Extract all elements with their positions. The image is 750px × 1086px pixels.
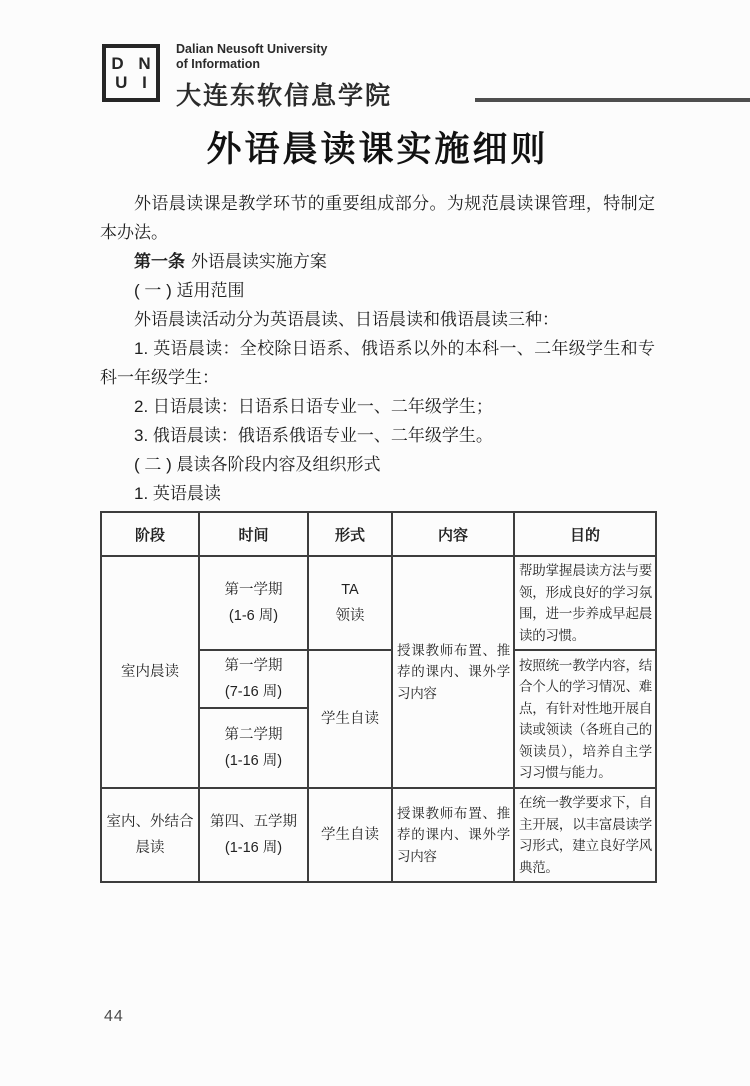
table-row: 室内晨读 第一学期 (1-6 周) TA 领读 授课教师布置、推荐的课内、课外学… <box>101 556 656 650</box>
cell-time-sem45: 第四、五学期 (1-16 周) <box>199 788 308 882</box>
form-line2: 领读 <box>311 603 389 629</box>
article1-heading: 第一条外语晨读实施方案 <box>100 247 655 276</box>
subsection1-heading: 1. 英语晨读 <box>100 479 655 508</box>
page-header: D N U I Dalian Neusoft University of Inf… <box>100 42 750 112</box>
list-item-english: 1. 英语晨读：全校除日语系、俄语系以外的本科一、二年级学生和专科一年级学生： <box>100 334 655 392</box>
cell-stage-combined: 室内、外结合晨读 <box>101 788 199 882</box>
cell-purpose-stage2: 按照统一教学内容，结合个人的学习情况、难点，有针对性地开展自读或领读（各班自己的… <box>514 650 656 788</box>
column-header-content: 内容 <box>392 512 514 556</box>
cell-time-sem1-early: 第一学期 (1-6 周) <box>199 556 308 650</box>
cell-purpose-combined: 在统一教学要求下，自主开展，以丰富晨读学习形式，建立良好学风典范。 <box>514 788 656 882</box>
cell-form-self-reading-combined: 学生自读 <box>308 788 392 882</box>
section1-heading: ( 一 ) 适用范围 <box>100 276 655 305</box>
cell-time-sem1-late: 第一学期 (7-16 周) <box>199 650 308 708</box>
university-name-block: Dalian Neusoft University of Information… <box>176 42 392 112</box>
form-line1: TA <box>311 577 389 603</box>
cell-form-self-reading-indoor: 学生自读 <box>308 650 392 788</box>
morning-reading-schedule-table: 阶段 时间 形式 内容 目的 室内晨读 第一学期 (1-6 周) TA 领读 授… <box>100 511 657 883</box>
cell-purpose-stage1: 帮助掌握晨读方法与要领，形成良好的学习氛围，进一步养成早起晨读的习惯。 <box>514 556 656 650</box>
logo-letters-bottom: U I <box>110 73 152 92</box>
document-content: 外语晨读课实施细则 外语晨读课是教学环节的重要组成部分。为规范晨读课管理，特制定… <box>100 122 655 883</box>
column-header-stage: 阶段 <box>101 512 199 556</box>
logo-letters-top: D N <box>106 54 155 73</box>
weeks-line: (7-16 周) <box>202 679 305 705</box>
cell-stage-indoor: 室内晨读 <box>101 556 199 788</box>
university-name-en-line2: of Information <box>176 57 392 72</box>
list-item-japanese: 2. 日语晨读：日语系日语专业一、二年级学生； <box>100 392 655 421</box>
term-line: 第四、五学期 <box>202 809 305 835</box>
section1-intro: 外语晨读活动分为英语晨读、日语晨读和俄语晨读三种： <box>100 305 655 334</box>
article1-title: 外语晨读实施方案 <box>191 252 327 271</box>
article1-label: 第一条 <box>134 252 185 271</box>
university-logo-icon: D N U I <box>102 44 160 102</box>
term-line: 第二学期 <box>202 722 305 748</box>
column-header-purpose: 目的 <box>514 512 656 556</box>
header-divider-line <box>475 98 750 102</box>
cell-content-indoor: 授课教师布置、推荐的课内、课外学习内容 <box>392 556 514 788</box>
table-row: 室内、外结合晨读 第四、五学期 (1-16 周) 学生自读 授课教师布置、推荐的… <box>101 788 656 882</box>
document-title: 外语晨读课实施细则 <box>100 122 655 172</box>
table-header-row: 阶段 时间 形式 内容 目的 <box>101 512 656 556</box>
page-number: 44 <box>104 1008 124 1026</box>
university-name-en-line1: Dalian Neusoft University <box>176 42 392 57</box>
intro-paragraph: 外语晨读课是教学环节的重要组成部分。为规范晨读课管理，特制定本办法。 <box>100 189 655 247</box>
cell-time-sem2: 第二学期 (1-16 周) <box>199 708 308 788</box>
weeks-line: (1-16 周) <box>202 835 305 861</box>
cell-form-ta-lead: TA 领读 <box>308 556 392 650</box>
document-page: D N U I Dalian Neusoft University of Inf… <box>0 0 750 1086</box>
term-line: 第一学期 <box>202 653 305 679</box>
term-line: 第一学期 <box>202 577 305 603</box>
section2-heading: ( 二 ) 晨读各阶段内容及组织形式 <box>100 450 655 479</box>
column-header-time: 时间 <box>199 512 308 556</box>
weeks-line: (1-6 周) <box>202 603 305 629</box>
weeks-line: (1-16 周) <box>202 748 305 774</box>
list-item-russian: 3. 俄语晨读：俄语系俄语专业一、二年级学生。 <box>100 421 655 450</box>
university-name-cn: 大连东软信息学院 <box>176 76 392 112</box>
cell-content-combined: 授课教师布置、推荐的课内、课外学习内容 <box>392 788 514 882</box>
column-header-form: 形式 <box>308 512 392 556</box>
